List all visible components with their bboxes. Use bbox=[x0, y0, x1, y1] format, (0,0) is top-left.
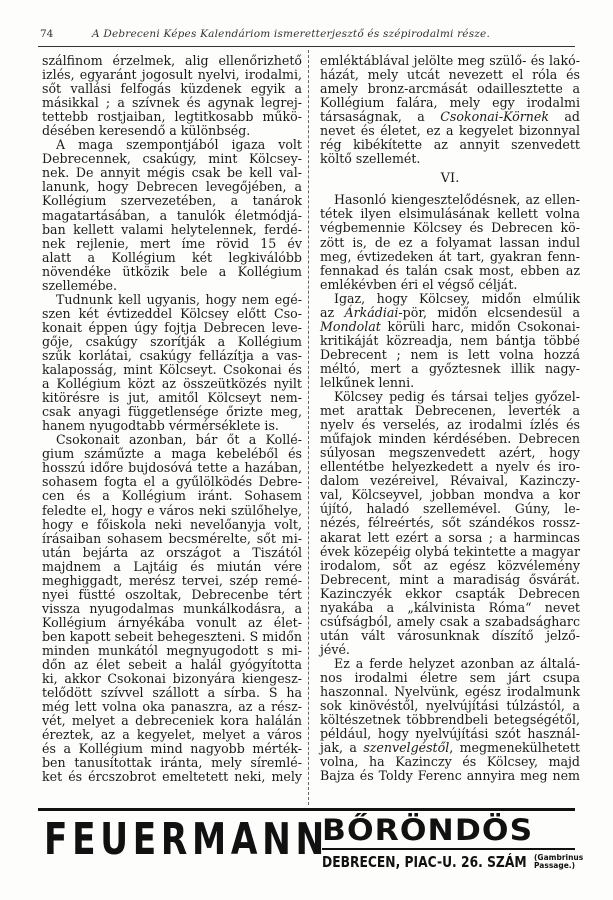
text-line: nek. De annyit mégis csak be kell val- bbox=[42, 166, 302, 180]
text-line: társaságnak, a Csokonai-Körnek ad bbox=[320, 110, 580, 124]
text-line: A maga szempontjából igaza volt bbox=[42, 138, 302, 152]
ad-product: BŐRÖNDÖS bbox=[322, 814, 533, 846]
text-line: szálfinom érzelmek, alig ellenőrizhető bbox=[42, 54, 302, 68]
italic-term: Csokonai-Körnek bbox=[440, 109, 549, 124]
text-line: évek közepéig olybá tekintette a magyar bbox=[320, 545, 580, 559]
text-line: ki, akkor Csokonai bizonyára kiengesz- bbox=[42, 672, 302, 686]
ad-location-note-line2: Passage.) bbox=[534, 862, 583, 870]
text-line: költészetnek többrendbeli betegségétől, bbox=[320, 713, 580, 727]
ad-location-note: (Gambrinus Passage.) bbox=[534, 854, 583, 870]
text-line: izlés, egyaránt jogosult nyelvi, irodalm… bbox=[42, 68, 302, 82]
text-line: hogy e főiskola neki nevelőanyja volt, bbox=[42, 518, 302, 532]
text-line: majdnem a Lajtáig és miután vére bbox=[42, 560, 302, 574]
ad-product-rule bbox=[322, 848, 575, 850]
text-line: újító, haladó szellemével. Gúny, le- bbox=[320, 502, 580, 516]
ad-address: DEBRECEN, PIAC-U. 26. SZÁM bbox=[322, 852, 527, 872]
text-line: dalom vezéreivel, Révaival, Kazinczy- bbox=[320, 474, 580, 488]
text-line: Kölcsey pedig és társai teljes győzel- bbox=[320, 390, 580, 404]
text-line: még lett volna oka panaszra, az a rész- bbox=[42, 700, 302, 714]
text-line: gium száműzte a maga kebeléből és bbox=[42, 447, 302, 461]
text-line: végbemennie Kölcsey és Debrecen kö- bbox=[320, 221, 580, 235]
text-line: alatt a Kollégium két legkiválóbb bbox=[42, 251, 302, 265]
text-line: kitörésre is jut, amitől Kölcseyt nem- bbox=[42, 391, 302, 405]
advertisement: FEUERMANN BŐRÖNDÖS DEBRECEN, PIAC-U. 26.… bbox=[38, 814, 575, 874]
text-line: ban kellett valami helytelennek, ferdé- bbox=[42, 223, 302, 237]
text-line: után bejárta az országot a Tiszától bbox=[42, 546, 302, 560]
text-line: költő szellemét. bbox=[320, 152, 580, 166]
text-line: lanunk, hogy Debrecen levegőjében, a bbox=[42, 180, 302, 194]
text-line: Kollégium szervezetében, a tanárok bbox=[42, 194, 302, 208]
text-line: meg, évtizedeken át tart, gyakran fenn- bbox=[320, 250, 580, 264]
text-line: és a Kollégium mind nagyobb mérték- bbox=[42, 742, 302, 756]
advertisement-rule bbox=[38, 808, 575, 811]
text-line: nek rejlenie, mert íme rövid 15 év bbox=[42, 237, 302, 251]
text-line: Bajza és Toldy Ferenc annyira meg nem bbox=[320, 769, 580, 783]
text-line: telődött szívvel szállott a sírba. S ha bbox=[42, 686, 302, 700]
text-line: ben kapott sebeit behegeszteni. S midőn bbox=[42, 630, 302, 644]
text-line: kritikáját közreadja, nem bántja többé bbox=[320, 334, 580, 348]
text-line: Ez a ferde helyzet azonban az általá- bbox=[320, 657, 580, 671]
text-line: tétek ilyen elsimulásának kellett volna bbox=[320, 207, 580, 221]
text-line: Hasonló kiengesztelődésnek, az ellen- bbox=[320, 193, 580, 207]
text-line: Kazinczyék ekkor csapták Debrecen bbox=[320, 587, 580, 601]
text-line: konait éppen úgy fojtja Debrecen leve- bbox=[42, 321, 302, 335]
text-line: Kollégium árnyékába vonult az élet- bbox=[42, 616, 302, 630]
right-column: emléktáblával jelölte meg szülő- és lakó… bbox=[320, 54, 580, 783]
text-line: désében keresendő a különbség. bbox=[42, 124, 302, 138]
text-line: volna, ha Kazinczy és Kölcsey, majd bbox=[320, 755, 580, 769]
text-line: emléktáblával jelölte meg szülő- és lakó… bbox=[320, 54, 580, 68]
text-line: műfajok minden kérdésében. Debrecen bbox=[320, 432, 580, 446]
text-line: Debrecennek, csakúgy, mint Kölcsey- bbox=[42, 152, 302, 166]
text-line: csak anyagi függetlensége őrizte meg, bbox=[42, 405, 302, 419]
text-line: cen és a Kollégium iránt. Sohasem bbox=[42, 489, 302, 503]
text-line: ben tanusítottak iránta, mely síremlé- bbox=[42, 756, 302, 770]
text-line: szellemébe. bbox=[42, 279, 302, 293]
text-line: Mondolat körüli harc, midőn Csokonai- bbox=[320, 320, 580, 334]
column-divider bbox=[308, 50, 309, 805]
text-line: tettebb rostjaiban, legtitkosabb műkö- bbox=[42, 110, 302, 124]
text-line: vét, melyet a debreceniek kora halálán bbox=[42, 714, 302, 728]
text-line: sohasem fogta el a gyűlölködés Debre- bbox=[42, 475, 302, 489]
text-line: lelkűnek lenni. bbox=[320, 376, 580, 390]
text-line: éreztek, az a kegyelet, melyet a város bbox=[42, 728, 302, 742]
text-line: nevet és életet, ez a kegyelet bizonnyal bbox=[320, 124, 580, 138]
text-line: súlyosan megszenvedett azért, hogy bbox=[320, 446, 580, 460]
text-line: akarat lett ezért a sorsa ; a harmincas bbox=[320, 531, 580, 545]
running-header: 74 A Debreceni Képes Kalendáriom ismeret… bbox=[40, 28, 575, 44]
text-line: kalaposság, mint Kölcseyt. Csokonai és bbox=[42, 363, 302, 377]
text-line: ket és ércszobrot emeltetett neki, mely bbox=[42, 770, 302, 784]
text-line: emlékévben éri el végső célját. bbox=[320, 278, 580, 292]
text-line: zött is, de ez a folyamat lassan indul bbox=[320, 236, 580, 250]
left-column: szálfinom érzelmek, alig ellenőrizhetőiz… bbox=[42, 54, 302, 784]
text-line: gője, csakúgy szorítják a Kollégium bbox=[42, 335, 302, 349]
text-line: irodalom, sőt az egész közvélemény bbox=[320, 559, 580, 573]
text-line: nos irodalmi életre sem járt csupa bbox=[320, 671, 580, 685]
text-line: után vált városunknak díszítő jelző- bbox=[320, 629, 580, 643]
text-line: másikkal ; a szívnek és agynak legrej- bbox=[42, 96, 302, 110]
text-line: szűk korlátai, csakúgy fellázítja a vas- bbox=[42, 349, 302, 363]
text-line: amely bronz-arcmását odaillesztette a bbox=[320, 82, 580, 96]
text-line: met arattak Debrecenen, leverték a bbox=[320, 404, 580, 418]
section-heading: VI. bbox=[320, 168, 580, 190]
text-line: haszonnal. Nyelvünk, egész irodalmunk bbox=[320, 685, 580, 699]
text-line: írásaiban sohasem becsmérelte, sőt mi- bbox=[42, 532, 302, 546]
text-line: nyelv és verselés, az irodalmi ízlés és bbox=[320, 418, 580, 432]
text-line: Debrecent ; nem is lett volna hozzá bbox=[320, 348, 580, 362]
text-line: minden munkától megnyugodott s mi- bbox=[42, 644, 302, 658]
text-line: Csokonait azonban, bár őt a Kollé- bbox=[42, 433, 302, 447]
text-line: az Árkádiai-pör, midőn elcsendesül a bbox=[320, 306, 580, 320]
text-line: sok kinövéstől, nyelvújítási túlzástól, … bbox=[320, 699, 580, 713]
text-line: Kollégium falára, mely egy irodalmi bbox=[320, 96, 580, 110]
text-line: méltó, mert a győztesnek illik nagy- bbox=[320, 362, 580, 376]
text-line: meghiggadt, merész tervei, szép remé- bbox=[42, 574, 302, 588]
page-number: 74 bbox=[40, 28, 53, 40]
text-line: jévé. bbox=[320, 643, 580, 657]
header-rule bbox=[38, 46, 575, 47]
text-line: vissza nyugodalmas munkálkodásra, a bbox=[42, 602, 302, 616]
text-line: növendéke ütközik bele a Kollégium bbox=[42, 265, 302, 279]
text-line: magatartásában, a tanulók életmódjá- bbox=[42, 209, 302, 223]
text-line: ellentétbe helyezkedett a nyelv és iro- bbox=[320, 460, 580, 474]
text-line: Debrecent, mint a maradiság ősvárát. bbox=[320, 573, 580, 587]
italic-term: szenvelgéstől bbox=[363, 740, 449, 755]
italic-term: Mondolat bbox=[320, 319, 381, 334]
text-line: nyei füstté oszoltak, Debrecenbe tért bbox=[42, 588, 302, 602]
text-line: nyakába a „kálvinista Róma“ nevet bbox=[320, 601, 580, 615]
text-line: jak, a szenvelgéstől, megmenekülhetett bbox=[320, 741, 580, 755]
text-line: például, hogy nyelvújítási szót használ- bbox=[320, 727, 580, 741]
running-title: A Debreceni Képes Kalendáriom ismeretter… bbox=[92, 28, 490, 40]
ad-brand-name: FEUERMANN bbox=[44, 814, 329, 866]
text-line: rég kibékítette az annyit szenvedett bbox=[320, 138, 580, 152]
text-line: sőt vallási felfogás küzdenek egyik a bbox=[42, 82, 302, 96]
text-line: hosszú időre bujdosóvá tette a hazában, bbox=[42, 461, 302, 475]
text-line: hanem nyugodtabb vérmérséklete is. bbox=[42, 419, 302, 433]
text-line: Igaz, hogy Kölcsey, midőn elmúlik bbox=[320, 292, 580, 306]
text-line: a Kollégium közt az összeütközés nyilt bbox=[42, 377, 302, 391]
text-line: házát, mely utcát nevezett el róla és bbox=[320, 68, 580, 82]
text-line: Tudnunk kell ugyanis, hogy nem egé- bbox=[42, 293, 302, 307]
text-line: feledte el, hogy e város neki szülőhelye… bbox=[42, 504, 302, 518]
text-line: szen két évtizeddel Kölcsey előtt Cso- bbox=[42, 307, 302, 321]
text-line: val, Kölcseyvel, jobban mondva a kor bbox=[320, 488, 580, 502]
text-line: dőn az élet sebeit a halál gyógyította bbox=[42, 658, 302, 672]
text-line: fennakad és talán csak most, ebben az bbox=[320, 264, 580, 278]
text-line: nézés, félreértés, sőt szándékos rossz- bbox=[320, 516, 580, 530]
italic-term: Árkádiai bbox=[345, 305, 399, 320]
text-line: csúfságból, amely csak a szabadságharc bbox=[320, 615, 580, 629]
